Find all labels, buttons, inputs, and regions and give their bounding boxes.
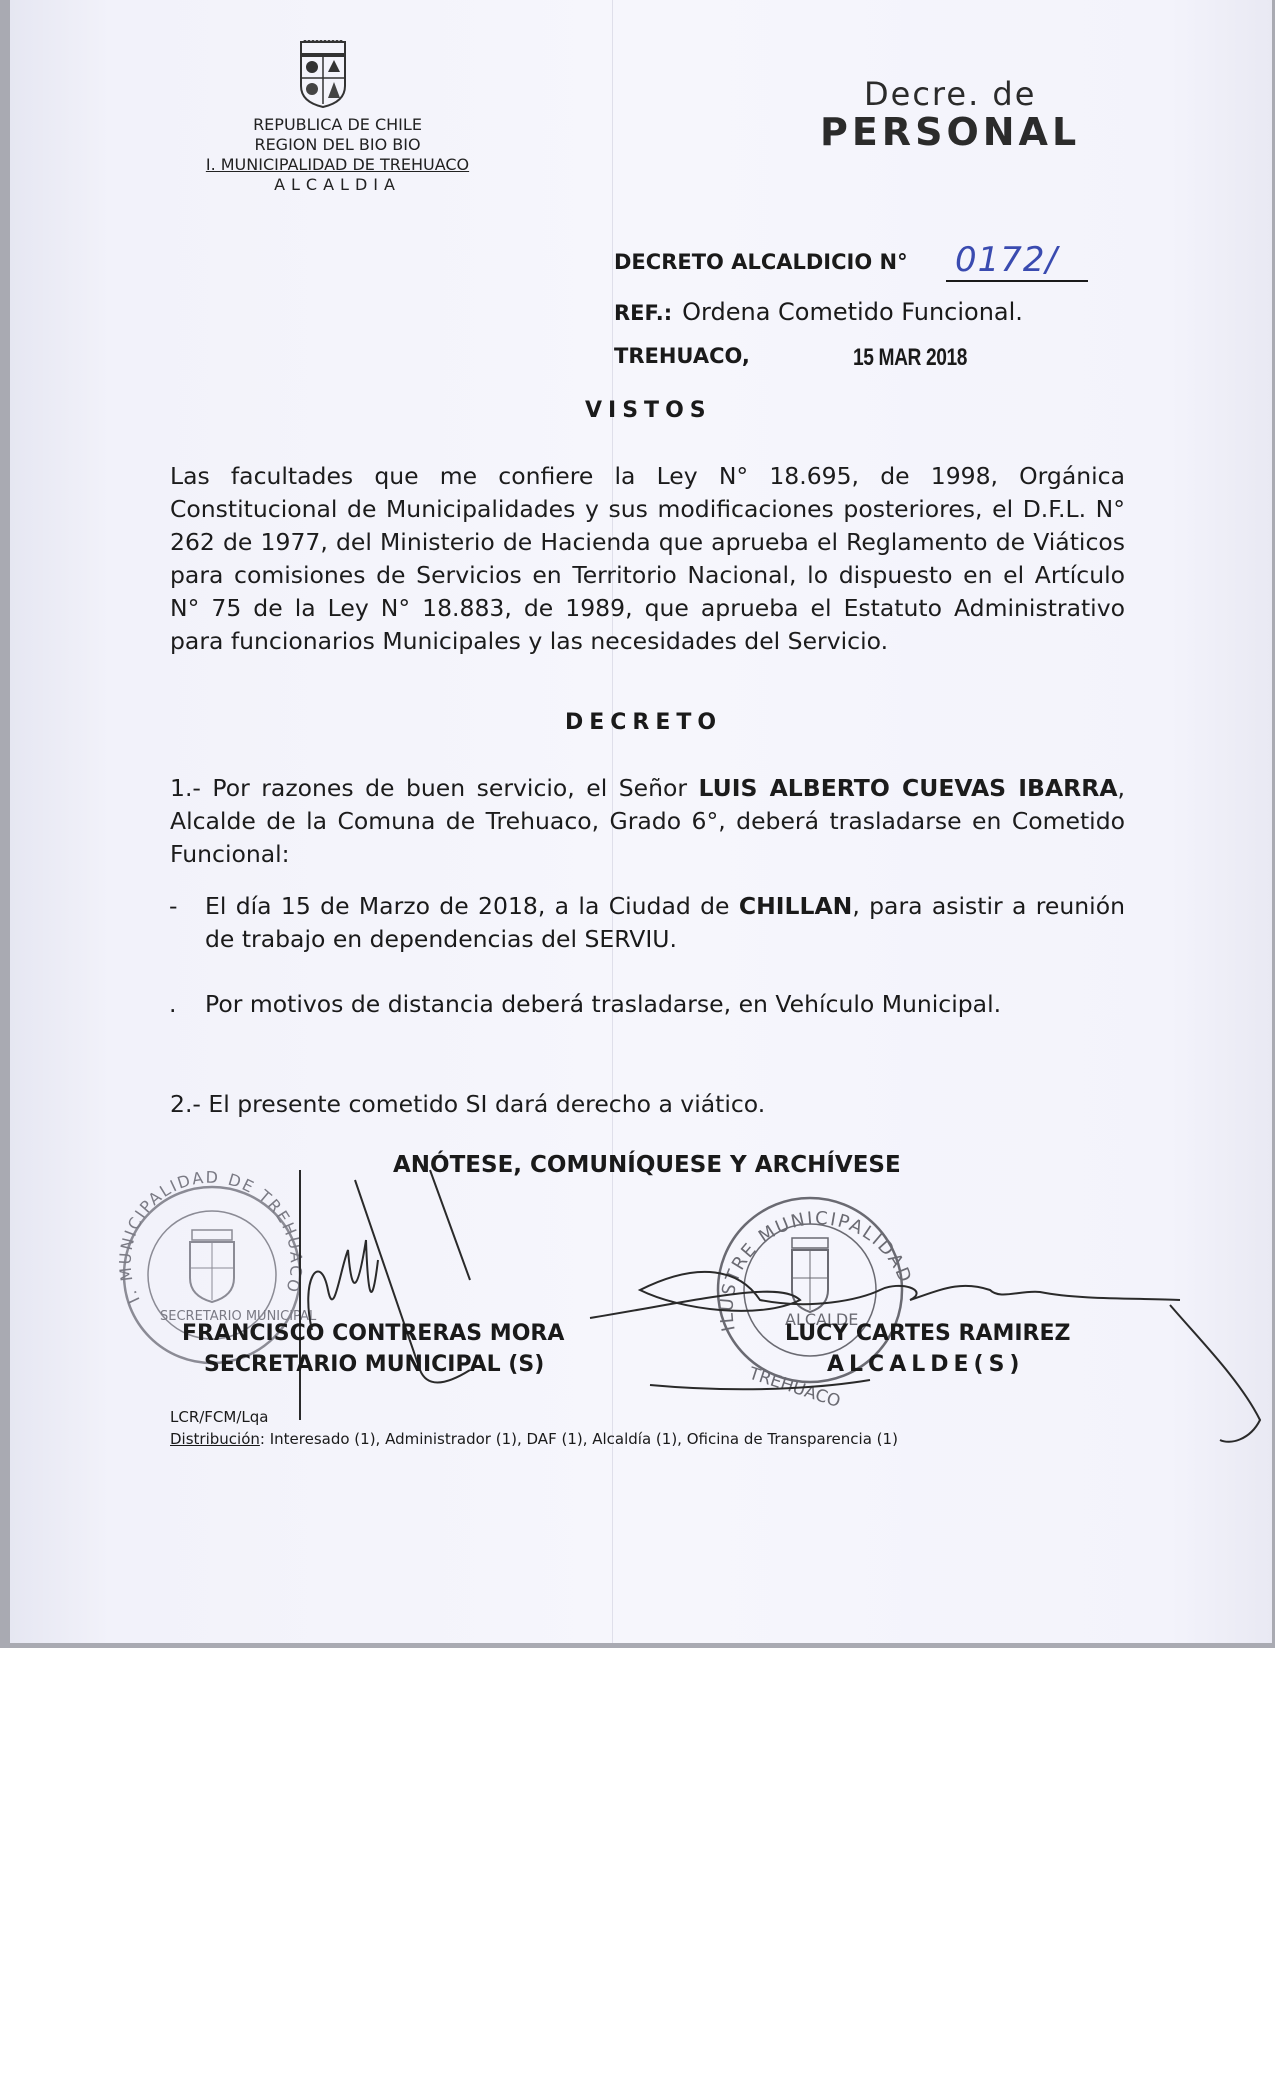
stamp-line-2: PERSONAL bbox=[820, 113, 1100, 151]
region-line: REGION DEL BIO BIO bbox=[180, 135, 495, 155]
decree-item-2: 2.- El presente cometido SI dará derecho… bbox=[170, 1088, 1125, 1121]
decree-city: TREHUACO, bbox=[614, 344, 750, 368]
bullet-mark: - bbox=[169, 890, 177, 923]
date-stamp: 15 MAR 2018 bbox=[853, 344, 967, 372]
reference-line: REF.:Ordena Cometido Funcional. bbox=[614, 298, 1023, 326]
municipality-line: I. MUNICIPALIDAD DE TREHUACO bbox=[180, 155, 495, 175]
distribution-text: : Interesado (1), Administrador (1), DAF… bbox=[260, 1430, 898, 1448]
decree-bullet-1: - El día 15 de Marzo de 2018, a la Ciuda… bbox=[205, 890, 1125, 956]
secretary-signature-block: FRANCISCO CONTRERAS MORA SECRETARIO MUNI… bbox=[182, 1318, 564, 1380]
official-name: LUIS ALBERTO CUEVAS IBARRA bbox=[699, 774, 1118, 802]
country-line: REPUBLICA DE CHILE bbox=[180, 115, 495, 135]
vistos-heading: VISTOS bbox=[585, 398, 712, 423]
decreto-heading: DECRETO bbox=[565, 710, 722, 735]
stamp-line-1: Decre. de bbox=[820, 75, 1100, 113]
secretary-title: SECRETARIO MUNICIPAL (S) bbox=[182, 1349, 564, 1380]
office-line: ALCALDIA bbox=[180, 175, 495, 195]
mayor-title: ALCALDE(S) bbox=[785, 1349, 1070, 1380]
decree-number-label: DECRETO ALCALDICIO N° bbox=[614, 250, 908, 274]
destination-city: CHILLAN bbox=[739, 892, 852, 920]
decree-bullet-2: . Por motivos de distancia deberá trasla… bbox=[205, 988, 1125, 1021]
decree-number-handwritten: 0172/ bbox=[955, 240, 1058, 280]
reference-initials: LCR/FCM/Lqa bbox=[170, 1408, 268, 1426]
decree-item-1: 1.- Por razones de buen servicio, el Señ… bbox=[170, 772, 1125, 871]
bullet-mark: . bbox=[169, 988, 176, 1021]
letterhead: REPUBLICA DE CHILE REGION DEL BIO BIO I.… bbox=[180, 115, 495, 195]
distribution-list: Distribución: Interesado (1), Administra… bbox=[170, 1430, 898, 1448]
item-1-prefix: 1.- Por razones de buen servicio, el Señ… bbox=[170, 774, 699, 802]
personnel-stamp: Decre. de PERSONAL bbox=[820, 75, 1100, 151]
secretary-name: FRANCISCO CONTRERAS MORA bbox=[182, 1318, 564, 1349]
reference-value: Ordena Cometido Funcional. bbox=[682, 298, 1023, 326]
mayor-name: LUCY CARTES RAMIREZ bbox=[785, 1318, 1070, 1349]
municipal-crest-icon bbox=[295, 40, 351, 108]
bullet-1-prefix: El día 15 de Marzo de 2018, a la Ciudad … bbox=[205, 892, 739, 920]
distribution-label: Distribución bbox=[170, 1430, 260, 1448]
closing-formula: ANÓTESE, COMUNÍQUESE Y ARCHÍVESE bbox=[393, 1152, 901, 1178]
mayor-signature-block: LUCY CARTES RAMIREZ ALCALDE(S) bbox=[785, 1318, 1070, 1380]
vistos-paragraph: Las facultades que me confiere la Ley N°… bbox=[170, 460, 1125, 658]
bullet-2-text: Por motivos de distancia deberá traslada… bbox=[205, 990, 1001, 1018]
reference-label: REF.: bbox=[614, 301, 672, 325]
